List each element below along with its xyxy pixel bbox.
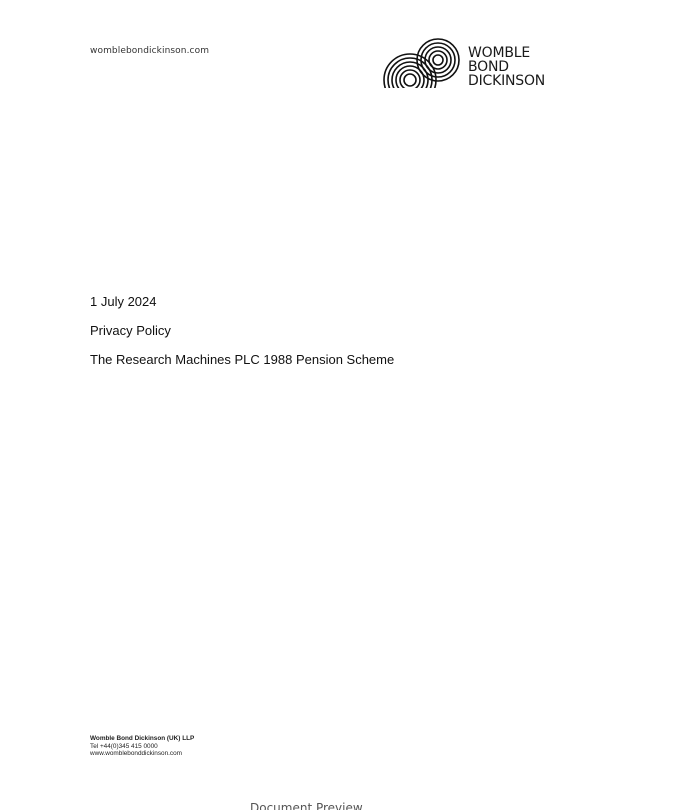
company-logo: WOMBLE BOND DICKINSON: [381, 36, 556, 90]
logo-line-1: WOMBLE: [468, 46, 545, 60]
logo-line-2: BOND: [468, 60, 545, 74]
document-body: 1 July 2024 Privacy Policy The Research …: [90, 294, 394, 381]
document-subtitle: The Research Machines PLC 1988 Pension S…: [90, 352, 394, 367]
document-date: 1 July 2024: [90, 294, 394, 309]
page-footer: Womble Bond Dickinson (UK) LLP Tel +44(0…: [90, 735, 194, 758]
footer-website: www.womblebonddickinson.com: [90, 750, 194, 758]
logo-wordmark: WOMBLE BOND DICKINSON: [468, 46, 545, 88]
document-preview-label: Document Preview: [250, 801, 363, 810]
document-page: womblebondickinson.com WOMBLE BON: [0, 0, 688, 810]
footer-telephone: Tel +44(0)345 415 0000: [90, 743, 194, 751]
logo-line-3: DICKINSON: [468, 74, 545, 88]
header-website: womblebondickinson.com: [90, 46, 209, 56]
footer-firm-name: Womble Bond Dickinson (UK) LLP: [90, 735, 194, 743]
concentric-circles-logo-icon: [381, 36, 461, 88]
document-title: Privacy Policy: [90, 323, 394, 338]
